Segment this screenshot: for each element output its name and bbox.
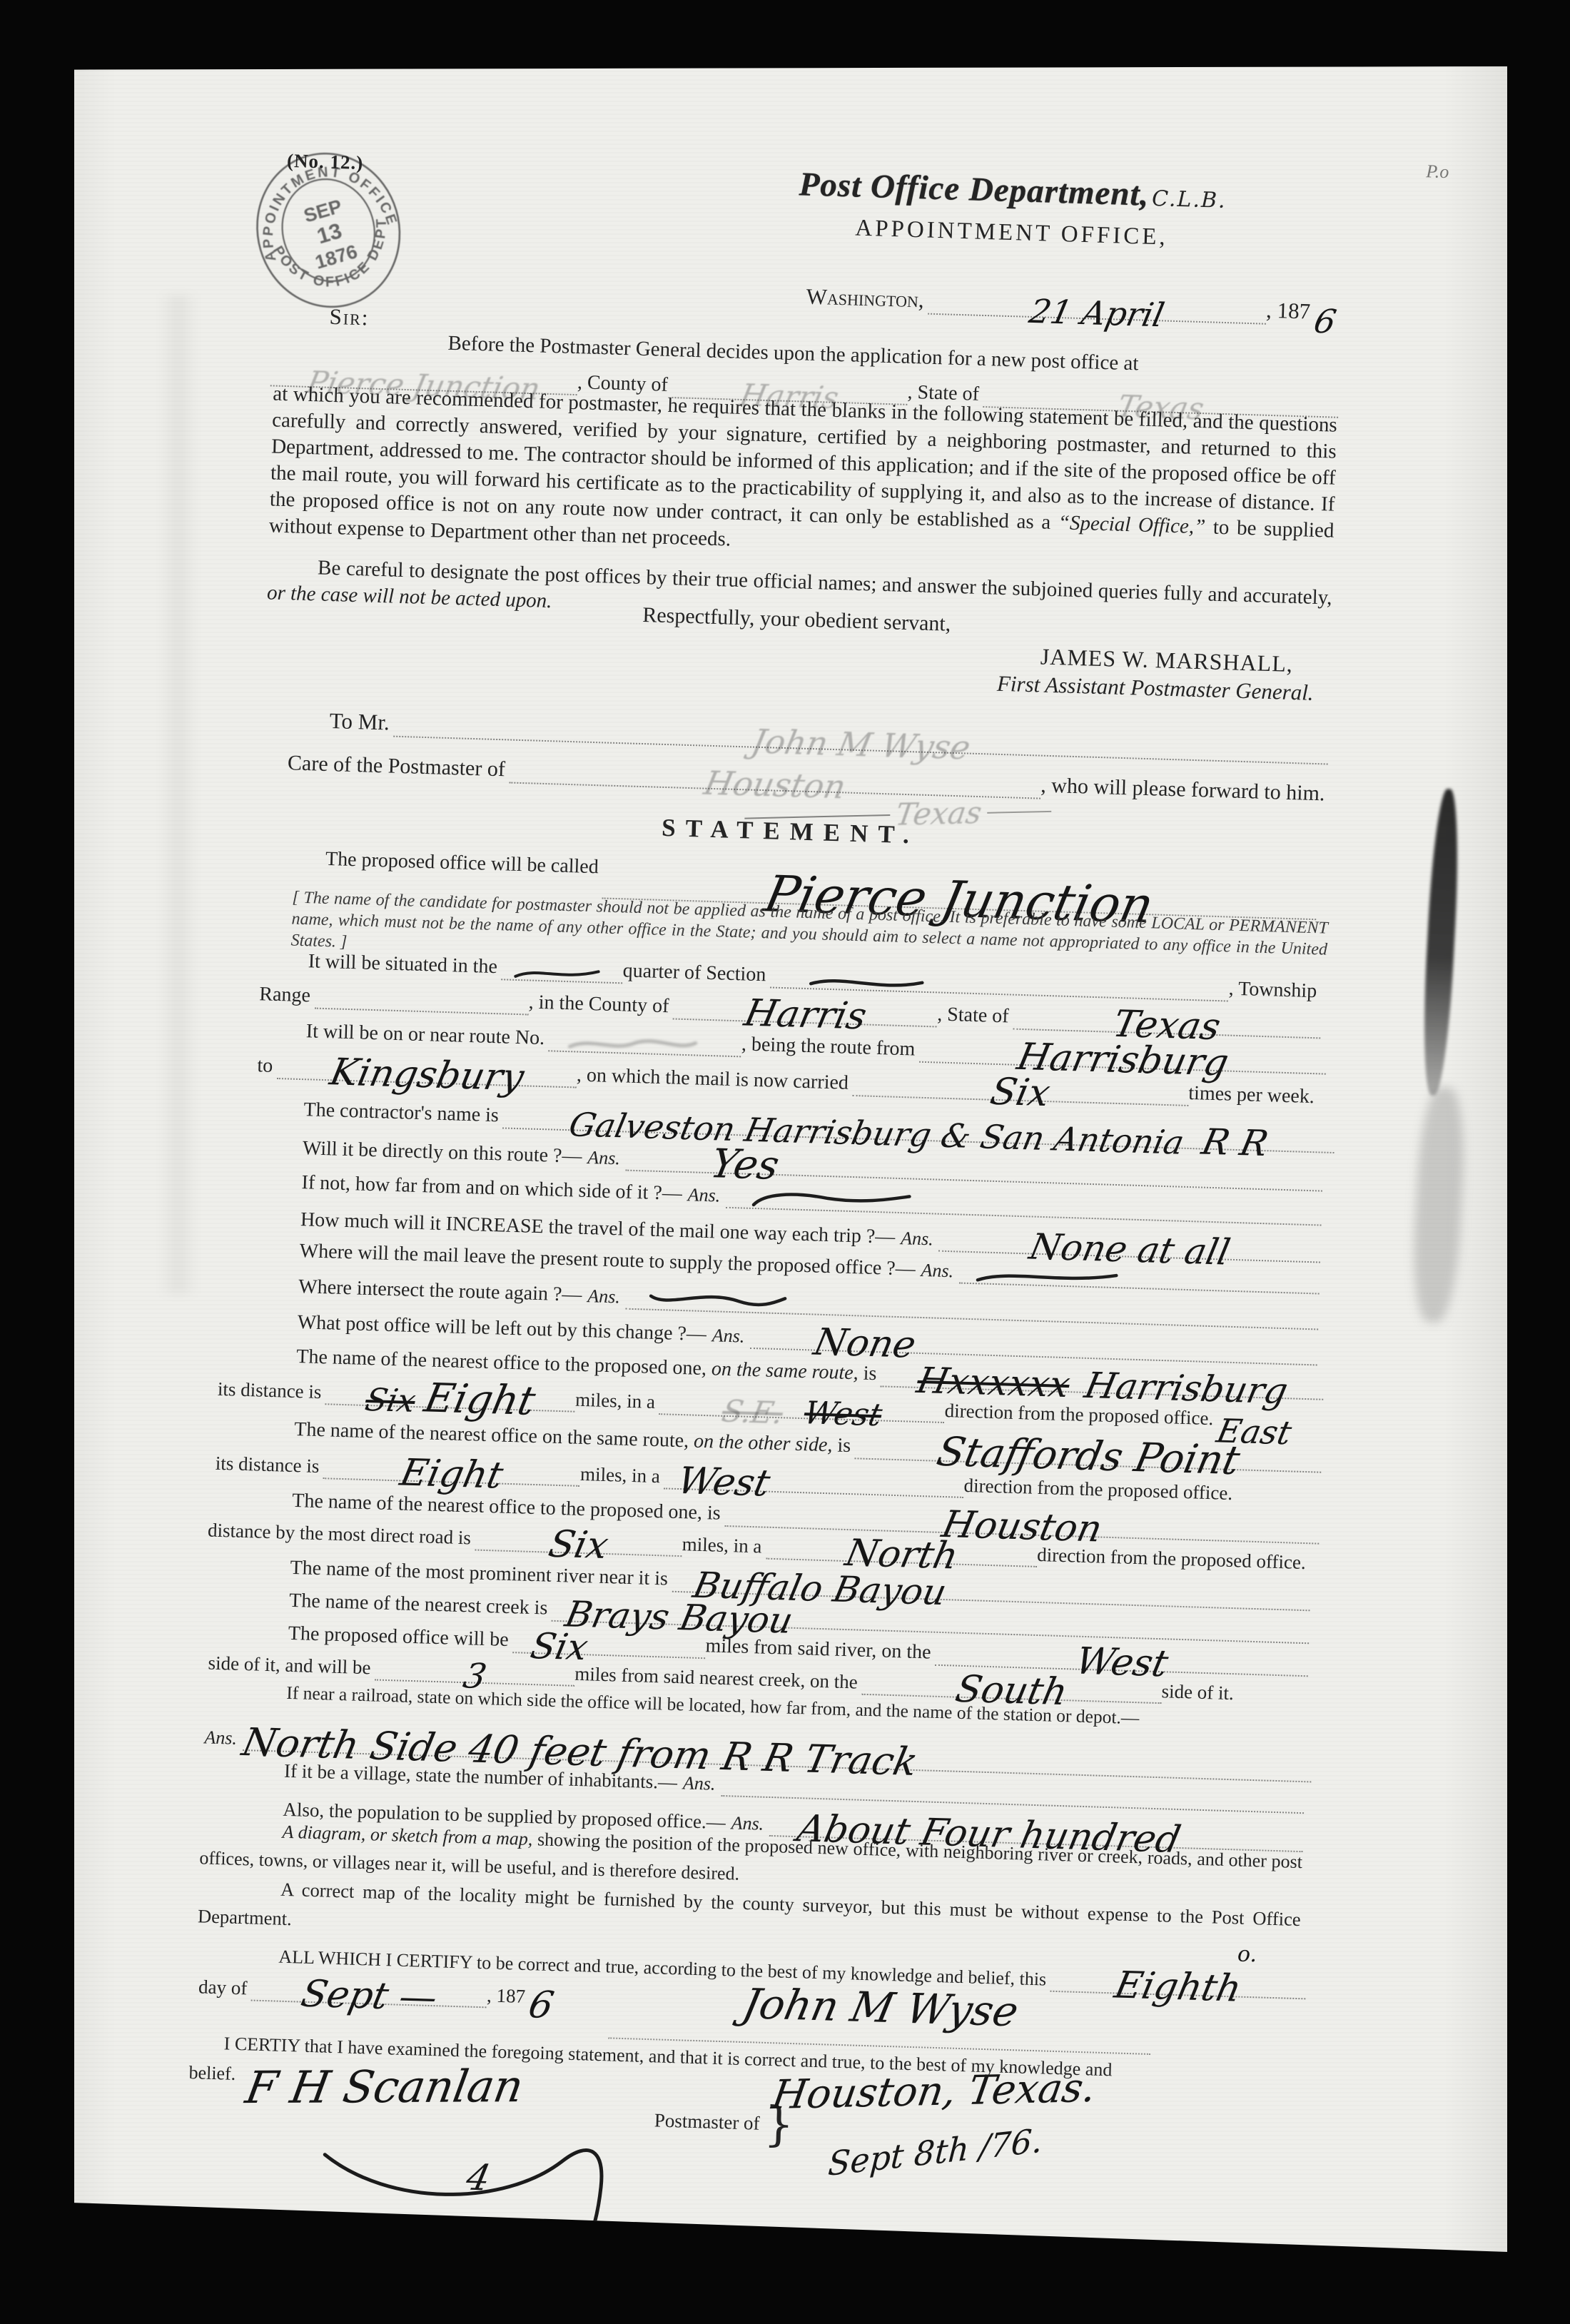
scanned-paper: APPOINTMENT OFFICE POST OFFICE DEPT SEP … [74,66,1507,2252]
postmaster-date-ink: Sept 8th /76. [827,2128,1043,2176]
to-label: To Mr. [329,708,394,737]
paper-fold-smudge [1409,1086,1467,1324]
certify-year-prefix: , 187 [487,1984,530,2009]
care-tail: , who will please forward to him. [1040,774,1330,808]
paper-crease [158,295,198,1294]
dist-c: side of it, and will be [208,1652,375,1681]
form-content: APPOINTMENT OFFICE POST OFFICE DEPT SEP … [203,66,1358,2239]
route-to-blank: Kingsbury [277,1048,577,1088]
ans-label: Ans. [919,1260,959,1284]
form-number: (No. 12.) [287,150,364,174]
certify-month-ink: Sept — [299,1981,440,2012]
applicant-signature-block: John M Wyse [608,1984,1152,2055]
clerk-initials: C.L.B. [1152,186,1227,213]
place-label: Washington, [806,284,928,315]
ans-label: Ans. [586,1285,626,1310]
postmaster-place-ink: Houston, Texas. [770,2073,1098,2111]
day-correction-mark: o. [1237,1942,1257,1968]
creek-side-blank: South [861,1664,1162,1704]
postmaster-of-label: Postmaster of [654,2109,760,2134]
handwritten-year-digit: 6 [1312,308,1337,333]
countersign-belief: belief. [188,2062,236,2085]
postmaster-place: Houston, Texas. [772,2073,1096,2112]
called-label: The proposed office will be called [325,848,604,881]
salutation: Sir: [329,304,370,331]
date-blank: 21 April [928,283,1267,325]
quarter-blank [501,949,623,984]
route-d: times per week. [1188,1082,1319,1110]
scanned-document-page: { "stamp": { "arc_top": "APPOINTMENT OFF… [0,0,1570,2324]
day-of-label: day of [198,1976,252,2001]
ans-label: Ans. [681,1772,721,1797]
signature-figure-ink: 4 [464,2165,492,2192]
pencil-stroke-right [987,811,1051,814]
care-label: Care of the Postmaster of [287,751,510,783]
ans-label: Ans. [586,1147,626,1171]
to-word: to [257,1054,278,1079]
care-name-pencil: Houston [702,770,848,799]
dist-e: side of it. [1161,1680,1238,1706]
care-blank: Houston [509,752,1041,799]
diagram-italic: A diagram, or sketch from a map, [282,1822,533,1849]
department-title: Post Office Department, [799,166,1150,213]
route-c: , on which the mail is now carried [577,1064,854,1096]
ans-label: Ans. [686,1184,726,1208]
certify-year-digit: 6 [527,1991,556,2020]
certify-day-ink: Eighth [1113,1972,1244,2004]
office-subtitle: APPOINTMENT OFFICE, [662,210,1362,257]
page-corner-mark: P.o [1426,161,1449,183]
special-office-phrase: “Special Office,” [1058,511,1205,538]
signature-flourish [315,2126,634,2292]
year-prefix: , 187 [1266,298,1315,326]
certify-month-blank: Sept — [251,1970,487,2009]
dist-d: miles from said nearest creek, on the [574,1663,862,1695]
handwritten-date: 21 April [1028,298,1166,327]
intro-body: at which you are recommended for postmas… [268,380,1337,570]
ink-smudge [1419,788,1462,1096]
ans-label: Ans. [203,1727,243,1751]
creek-miles-blank: 3 [375,1649,575,1686]
masthead: Post Office Department, C.L.B. APPOINTME… [662,161,1363,257]
postmaster-date: Sept 8th /76. [826,2128,1043,2179]
certify-day-blank: o. Eighth [1050,1961,1307,2000]
creek-miles-ink: 3 [461,1663,488,1689]
nearest-other-qb: is [832,1434,851,1457]
postmaster-signature-ink: F H Scanlan [243,2070,525,2105]
dateline: Washington, 21 April , 187 6 [806,274,1336,327]
postmaster-signature: F H Scanlan [246,2070,523,2106]
applicant-signature: John M Wyse [740,1989,1020,2028]
signature-figure: 4 [467,2165,490,2194]
range-label: Range [259,983,315,1009]
